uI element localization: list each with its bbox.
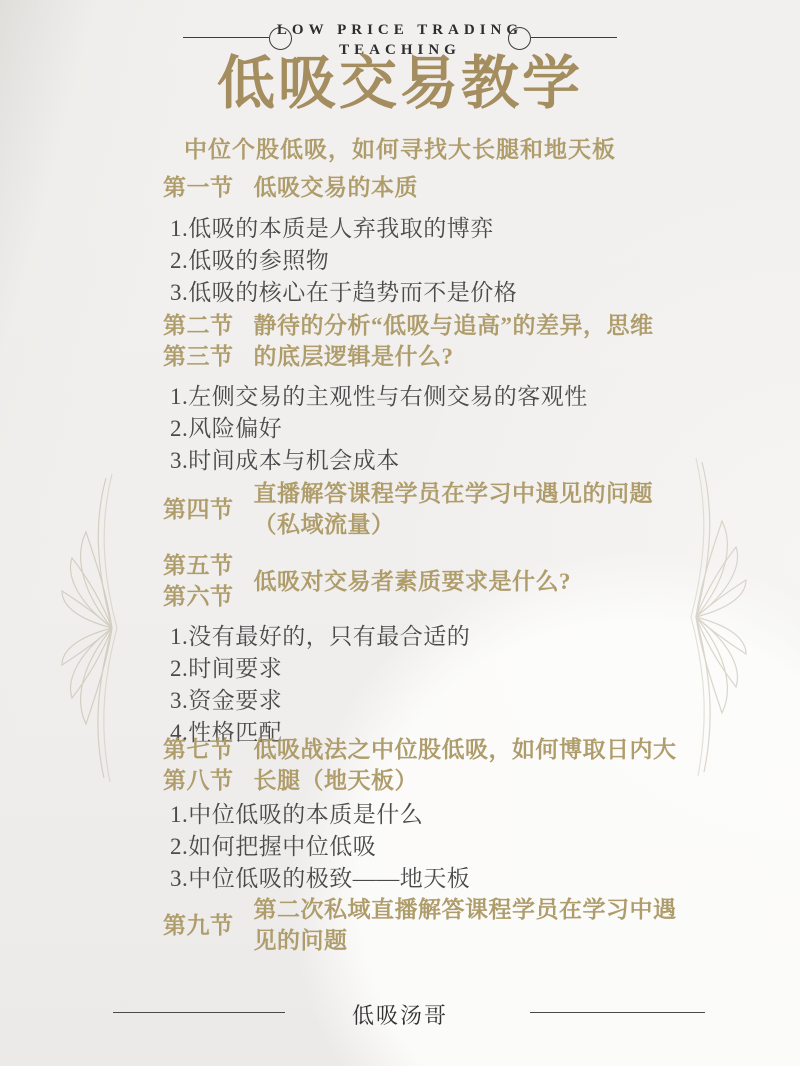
list-item: 2.如何把握中位低吸 [170,831,470,863]
section-title: 低吸对交易者素质要求是什么? [254,566,572,597]
section-title: 低吸交易的本质 [254,172,419,203]
list-item: 2.风险偏好 [170,413,588,445]
section-title: （私域流量） [254,509,654,540]
section-heading-9: 第九节 第二次私域直播解答课程学员在学习中遇 见的问题 [163,894,677,956]
section-title: 第二次私域直播解答课程学员在学习中遇 [254,894,677,925]
footer-rule-right [530,1012,705,1013]
section-8-list: 1.中位低吸的本质是什么 2.如何把握中位低吸 3.中位低吸的极致——地天板 [170,799,470,895]
page-subtitle: 中位个股低吸，如何寻找大长腿和地天板 [0,131,800,164]
section-label: 第一节 [163,172,234,203]
section-label: 第二节 [163,310,234,341]
section-heading-1: 第一节 低吸交易的本质 [163,172,418,203]
section-title: 低吸战法之中位股低吸，如何博取日内大 [254,734,677,765]
section-title: 见的问题 [254,925,677,956]
section-label: 第四节 [163,494,234,525]
list-item: 3.低吸的核心在于趋势而不是价格 [170,277,517,309]
flourish-ornament-icon [666,456,758,778]
section-heading-5-6: 第五节 第六节 低吸对交易者素质要求是什么? [163,550,571,612]
list-item: 3.中位低吸的极致——地天板 [170,863,470,895]
list-item: 3.时间成本与机会成本 [170,445,588,477]
section-label: 第三节 [163,341,234,372]
list-item: 1.低吸的本质是人弃我取的博弈 [170,213,517,245]
list-item: 2.时间要求 [170,653,470,685]
section-title: 直播解答课程学员在学习中遇见的问题 [254,478,654,509]
list-item: 2.低吸的参照物 [170,245,517,277]
footer-signature: 低吸汤哥 [0,999,800,1030]
section-1-list: 1.低吸的本质是人弃我取的博弈 2.低吸的参照物 3.低吸的核心在于趋势而不是价… [170,213,517,309]
section-heading-7-8: 第七节 第八节 低吸战法之中位股低吸，如何博取日内大 长腿（地天板） [163,734,677,796]
section-6-list: 1.没有最好的，只有最合适的 2.时间要求 3.资金要求 4.性格匹配 [170,621,470,749]
section-title: 长腿（地天板） [254,765,677,796]
section-label: 第六节 [163,581,234,612]
flourish-ornament-icon [50,472,142,784]
section-label: 第八节 [163,765,234,796]
section-title: 静待的分析“低吸与追高”的差异，思维 [254,310,654,341]
section-heading-4: 第四节 直播解答课程学员在学习中遇见的问题 （私域流量） [163,478,653,540]
section-label: 第九节 [163,910,234,941]
list-item: 1.没有最好的，只有最合适的 [170,621,470,653]
eyebrow-line-1: LOW PRICE TRADING [0,20,800,40]
section-label: 第七节 [163,734,234,765]
list-item: 1.中位低吸的本质是什么 [170,799,470,831]
section-3-list: 1.左侧交易的主观性与右侧交易的客观性 2.风险偏好 3.时间成本与机会成本 [170,381,588,477]
section-title: 的底层逻辑是什么? [254,341,654,372]
section-label: 第五节 [163,550,234,581]
section-heading-2-3: 第二节 第三节 静待的分析“低吸与追高”的差异，思维 的底层逻辑是什么? [163,310,654,372]
poster-page: LOW PRICE TRADING TEACHING 低吸交易教学 中位个股低吸… [0,0,800,1066]
list-item: 1.左侧交易的主观性与右侧交易的客观性 [170,381,588,413]
list-item: 3.资金要求 [170,685,470,717]
page-title: 低吸交易教学 [0,52,800,116]
